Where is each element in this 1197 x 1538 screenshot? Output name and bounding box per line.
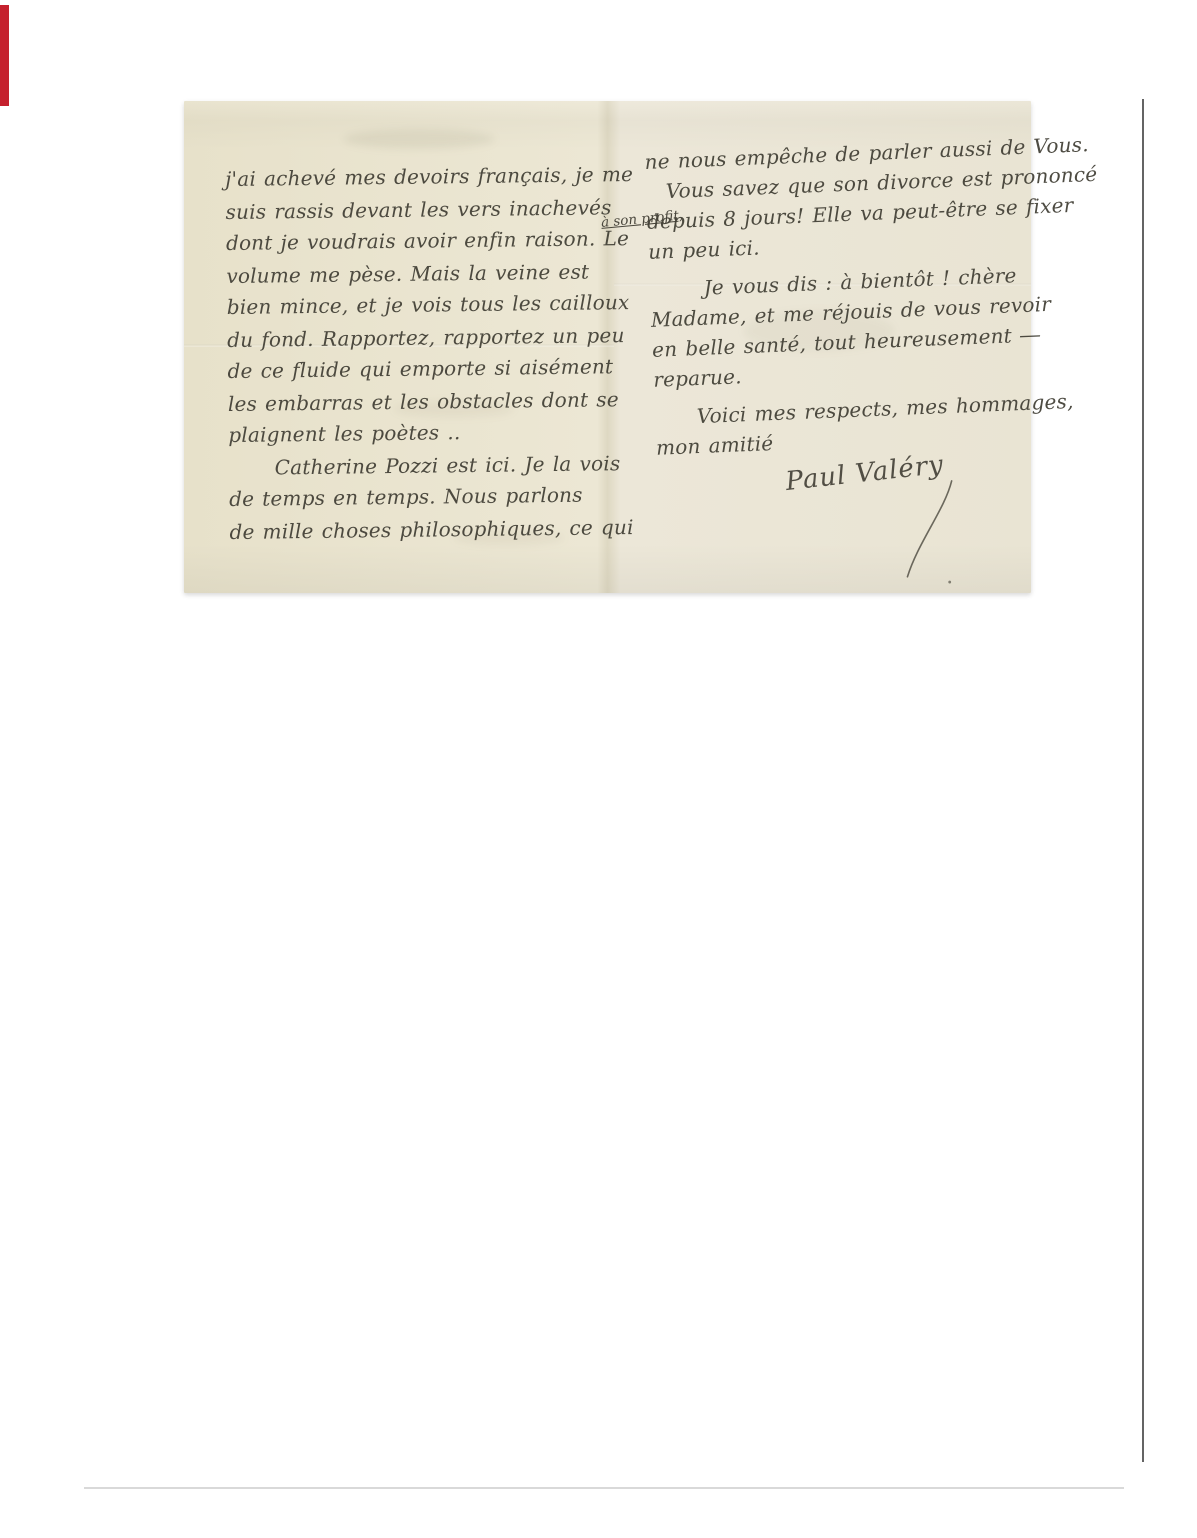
letter-left-page: j'ai achevé mes devoirs français, je me … [225, 158, 615, 547]
handwritten-line: j'ai achevé mes devoirs français, je me [225, 158, 610, 195]
vertical-divider-line [1142, 99, 1144, 1462]
handwritten-line: dont je voudrais avoir enfin raison. Le [226, 222, 611, 259]
handwritten-line: Catherine Pozzi est ici. Je la vois [229, 447, 614, 484]
ink-bleed-smudge [344, 129, 494, 149]
viewer-background: j'ai achevé mes devoirs français, je me … [0, 0, 1197, 1538]
handwritten-line: de temps en temps. Nous parlons [229, 478, 614, 515]
handwritten-line: de ce fluide qui emporte si aisément [227, 350, 612, 387]
handwritten-line: de mille choses philosophiques, ce qui [229, 511, 614, 548]
letter-right-page: à son profit, ne nous empêche de parler … [644, 131, 1058, 499]
red-marker-bar [0, 5, 9, 106]
handwritten-line: les embarras et les obstacles dont se [228, 383, 613, 420]
handwritten-line: bien mince, et je vois tous les cailloux [227, 286, 612, 323]
bottom-divider-line [84, 1487, 1124, 1489]
handwritten-line: suis rassis devant les vers inachevés [225, 191, 610, 228]
letter-scan: j'ai achevé mes devoirs français, je me … [184, 101, 1031, 593]
signature-flourish-stroke [882, 478, 976, 592]
handwritten-line: volume me pèse. Mais la veine est [226, 255, 611, 292]
handwritten-line: du fond. Rapportez, rapportez un peu [227, 319, 612, 356]
handwritten-line: plaignent les poètes .. [228, 414, 613, 451]
